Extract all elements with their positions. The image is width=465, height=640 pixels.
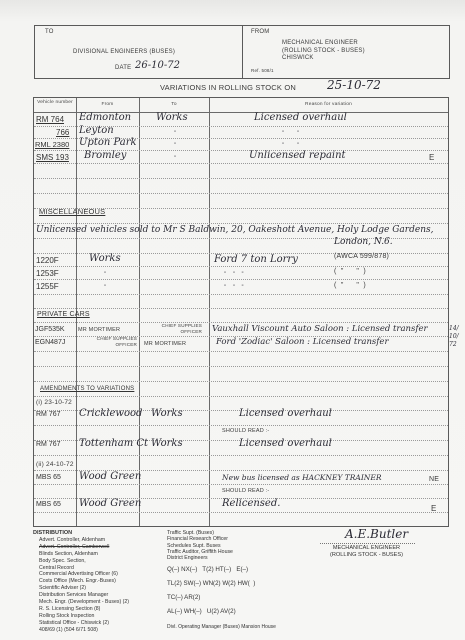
vehicle-reference: ( " " ) [334,282,366,289]
reason: Licensed overhaul [254,112,347,123]
vehicle-number: SMS 193 [36,153,69,162]
reason: Licensed overhaul [239,438,332,449]
from-line: (ROLLING STOCK - BUSES) [282,48,365,56]
reference-number: Ref. 508/1 [251,68,274,73]
rule-line [34,512,448,513]
distribution-item: Blinds Section, Aldenham [33,551,129,558]
vehicle-number: RM 764 [36,115,64,124]
reason: Relicensed. [222,498,280,509]
status-code: NE [429,476,439,483]
rule-line [34,178,448,179]
variation-date: 25-10-72 [327,78,381,92]
vehicle-number: RM 767 [36,411,61,418]
distribution-item: Financial Research Officer [167,536,233,542]
garage-codes-row: Q(–) NX(–) T(2) HT(–) E(–) [167,566,248,573]
reason: " " " [224,271,244,277]
column-header-reason: Reason for variation [209,102,448,108]
vehicle-number: 766 [56,128,69,137]
from-person: CHIEF SUPPLIES OFFICER [77,336,137,347]
distribution-item: 408/69 (1) (504 6/71 508) [33,627,129,634]
from-sender: MECHANICAL ENGINEER (ROLLING STOCK - BUS… [282,40,365,63]
vehicle-number: RM 767 [36,441,61,448]
distribution-item: Costs Office (Mech. Engr.-Buses) [33,578,129,585]
rule-line [34,294,448,295]
garage-codes-row: AL(–) WH(–) U(2) AV(2) [167,608,236,615]
should-read-label: SHOULD READ :- [222,428,269,434]
signature-title: MECHANICAL ENGINEER (ROLLING STOCK - BUS… [330,545,403,559]
from-section: FROM MECHANICAL ENGINEER (ROLLING STOCK … [243,26,449,78]
to-destination: Works [156,112,188,123]
vehicle-number: JGF535K [35,326,65,333]
distribution-list-right: Traffic Supt. (Buses) Financial Research… [167,530,233,561]
from-depot: Bromley [84,150,126,161]
reason: New bus licensed as HACKNEY TRAINER [222,473,382,482]
distribution-item: Scientific Adviser (2) [33,585,129,592]
rule-line [34,381,448,382]
from-depot: Leyton [79,125,114,136]
rule-line [34,308,448,309]
rule-line [34,266,448,267]
reason: " " [282,142,299,148]
rule-line [34,366,448,367]
rule-line [34,193,448,194]
reason: Vauxhall Viscount Auto Saloon : Licensed… [212,324,428,334]
header-box: TO DIVISIONAL ENGINEERS (BUSES) DATE 26-… [34,25,450,79]
distribution-item: Statistical Office - Chiswick (2) [33,620,129,627]
from-depot: Upton Park [79,137,137,148]
reason: Ford 'Zodiac' Saloon : Licensed transfer [216,337,389,347]
document-page: TO DIVISIONAL ENGINEERS (BUSES) DATE 26-… [0,0,465,640]
from-line: MECHANICAL ENGINEER [282,40,365,48]
from-depot: Wood Green [79,471,141,482]
from-depot: Edmonton [79,112,131,123]
misc-note: Unlicensed vehicles sold to Mr S Baldwin… [36,225,433,235]
distribution-item: Body Spec. Section, [33,558,129,565]
vehicle-reference: ( " " ) [334,268,366,275]
date-label: DATE [115,65,131,71]
to-destination: " [174,142,176,148]
rule-line [34,455,448,456]
distribution-heading: DISTRIBUTION [33,530,129,537]
distribution-item: R. S. Licensing Section (8) [33,606,129,613]
distribution-item: Commercial Advertising Officer (6) [33,571,129,578]
rule-line [34,484,448,485]
date-value: 26-10-72 [135,60,180,71]
column-header-vehicle: Vehicle number [34,100,76,106]
should-read-label: SHOULD READ :- [222,488,269,494]
from-depot: Wood Green [79,498,141,509]
to-destination: " [174,130,176,136]
to-label: TO [45,29,54,35]
rule-line [34,223,448,224]
column-header-to: To [139,102,209,108]
rule-line [34,322,448,323]
column-header-from: From [76,102,139,108]
distribution-item: Mech. Engr. (Development - Buses) (2) [33,599,129,606]
rule-line [34,163,448,164]
vehicle-number: EGN487J [35,339,65,346]
from-depot: Works [89,253,121,264]
to-destination: Works [151,408,183,419]
from-depot: Tottenham Ct [79,438,148,449]
from-person: MR MORTIMER [78,327,120,333]
rule-line [34,425,448,426]
rule-line [34,396,448,397]
variations-table: Vehicle number From To Reason for variat… [33,97,449,527]
document-title: VARIATIONS IN ROLLING STOCK ON [160,83,296,92]
misc-note-address: London, N.6. [334,237,393,247]
from-depot: Cricklewood [79,408,142,419]
rule-line [34,351,448,352]
from-label: FROM [251,29,269,35]
distribution-footer: Divl. Operating Manager (Buses) Mansion … [167,624,276,630]
reason: Unlicensed repaint [249,150,346,161]
from-depot: " [104,271,106,277]
amendment-label: (ii) 24-10-72 [36,461,74,468]
vehicle-number: 1255F [36,282,59,291]
vehicle-number: MBS 65 [36,501,61,508]
amendment-label: (i) 23-10-72 [36,399,72,406]
reason: " " " [224,284,244,290]
distribution-item: Central Record [33,565,129,572]
section-heading-private-cars: PRIVATE CARS [37,311,90,318]
garage-codes-row: TC(–) AR(2) [167,594,200,601]
signature-title-line: (ROLLING STOCK - BUSES) [330,552,403,559]
section-heading-amendments: AMENDMENTS TO VARIATIONS [40,386,134,392]
rule-line [34,279,448,280]
to-section: TO DIVISIONAL ENGINEERS (BUSES) DATE 26-… [35,26,243,78]
signature-line [320,543,415,544]
distribution-item: Rolling Stock Inspection [33,613,129,620]
signature-title-line: MECHANICAL ENGINEER [330,545,403,552]
from-depot: " [104,284,106,290]
distribution-item: Distribution Services Manager [33,592,129,599]
distribution-item: Advert. Controller, Aldenham [33,537,129,544]
side-date-annotation: 14/10/72 [449,325,461,349]
garage-codes-row: TL(2) SW(–) WN(2) W(2) HW( ) [167,580,255,587]
to-destination: Works [151,438,183,449]
to-recipient: DIVISIONAL ENGINEERS (BUSES) [73,49,175,55]
to-person: MR MORTIMER [144,341,186,347]
vehicle-number: 1253F [36,269,59,278]
reason: Licensed overhaul [239,408,332,419]
status-code: E [431,504,437,513]
distribution-item: District Engineers [167,555,233,561]
status-code: E [429,153,435,162]
from-line: CHISWICK [282,55,365,63]
to-destination: " [174,155,176,161]
vehicle-number: MBS 65 [36,474,61,481]
vehicle-reference: (AWCA 599/878) [334,253,389,260]
signature: A.E.Butler [345,527,408,541]
reason: " " [282,130,299,136]
vehicle-number: 1220F [36,256,59,265]
reason: Ford 7 ton Lorry [214,254,298,265]
section-heading-miscellaneous: MISCELLANEOUS [39,207,105,216]
distribution-item-struck: Advert. Controller, Camberwell [33,544,129,551]
vehicle-number: RML 2380 [35,140,69,149]
distribution-list-left: DISTRIBUTION Advert. Controller, Aldenha… [33,530,129,634]
to-person: CHIEF SUPPLIES OFFICER [142,323,202,334]
